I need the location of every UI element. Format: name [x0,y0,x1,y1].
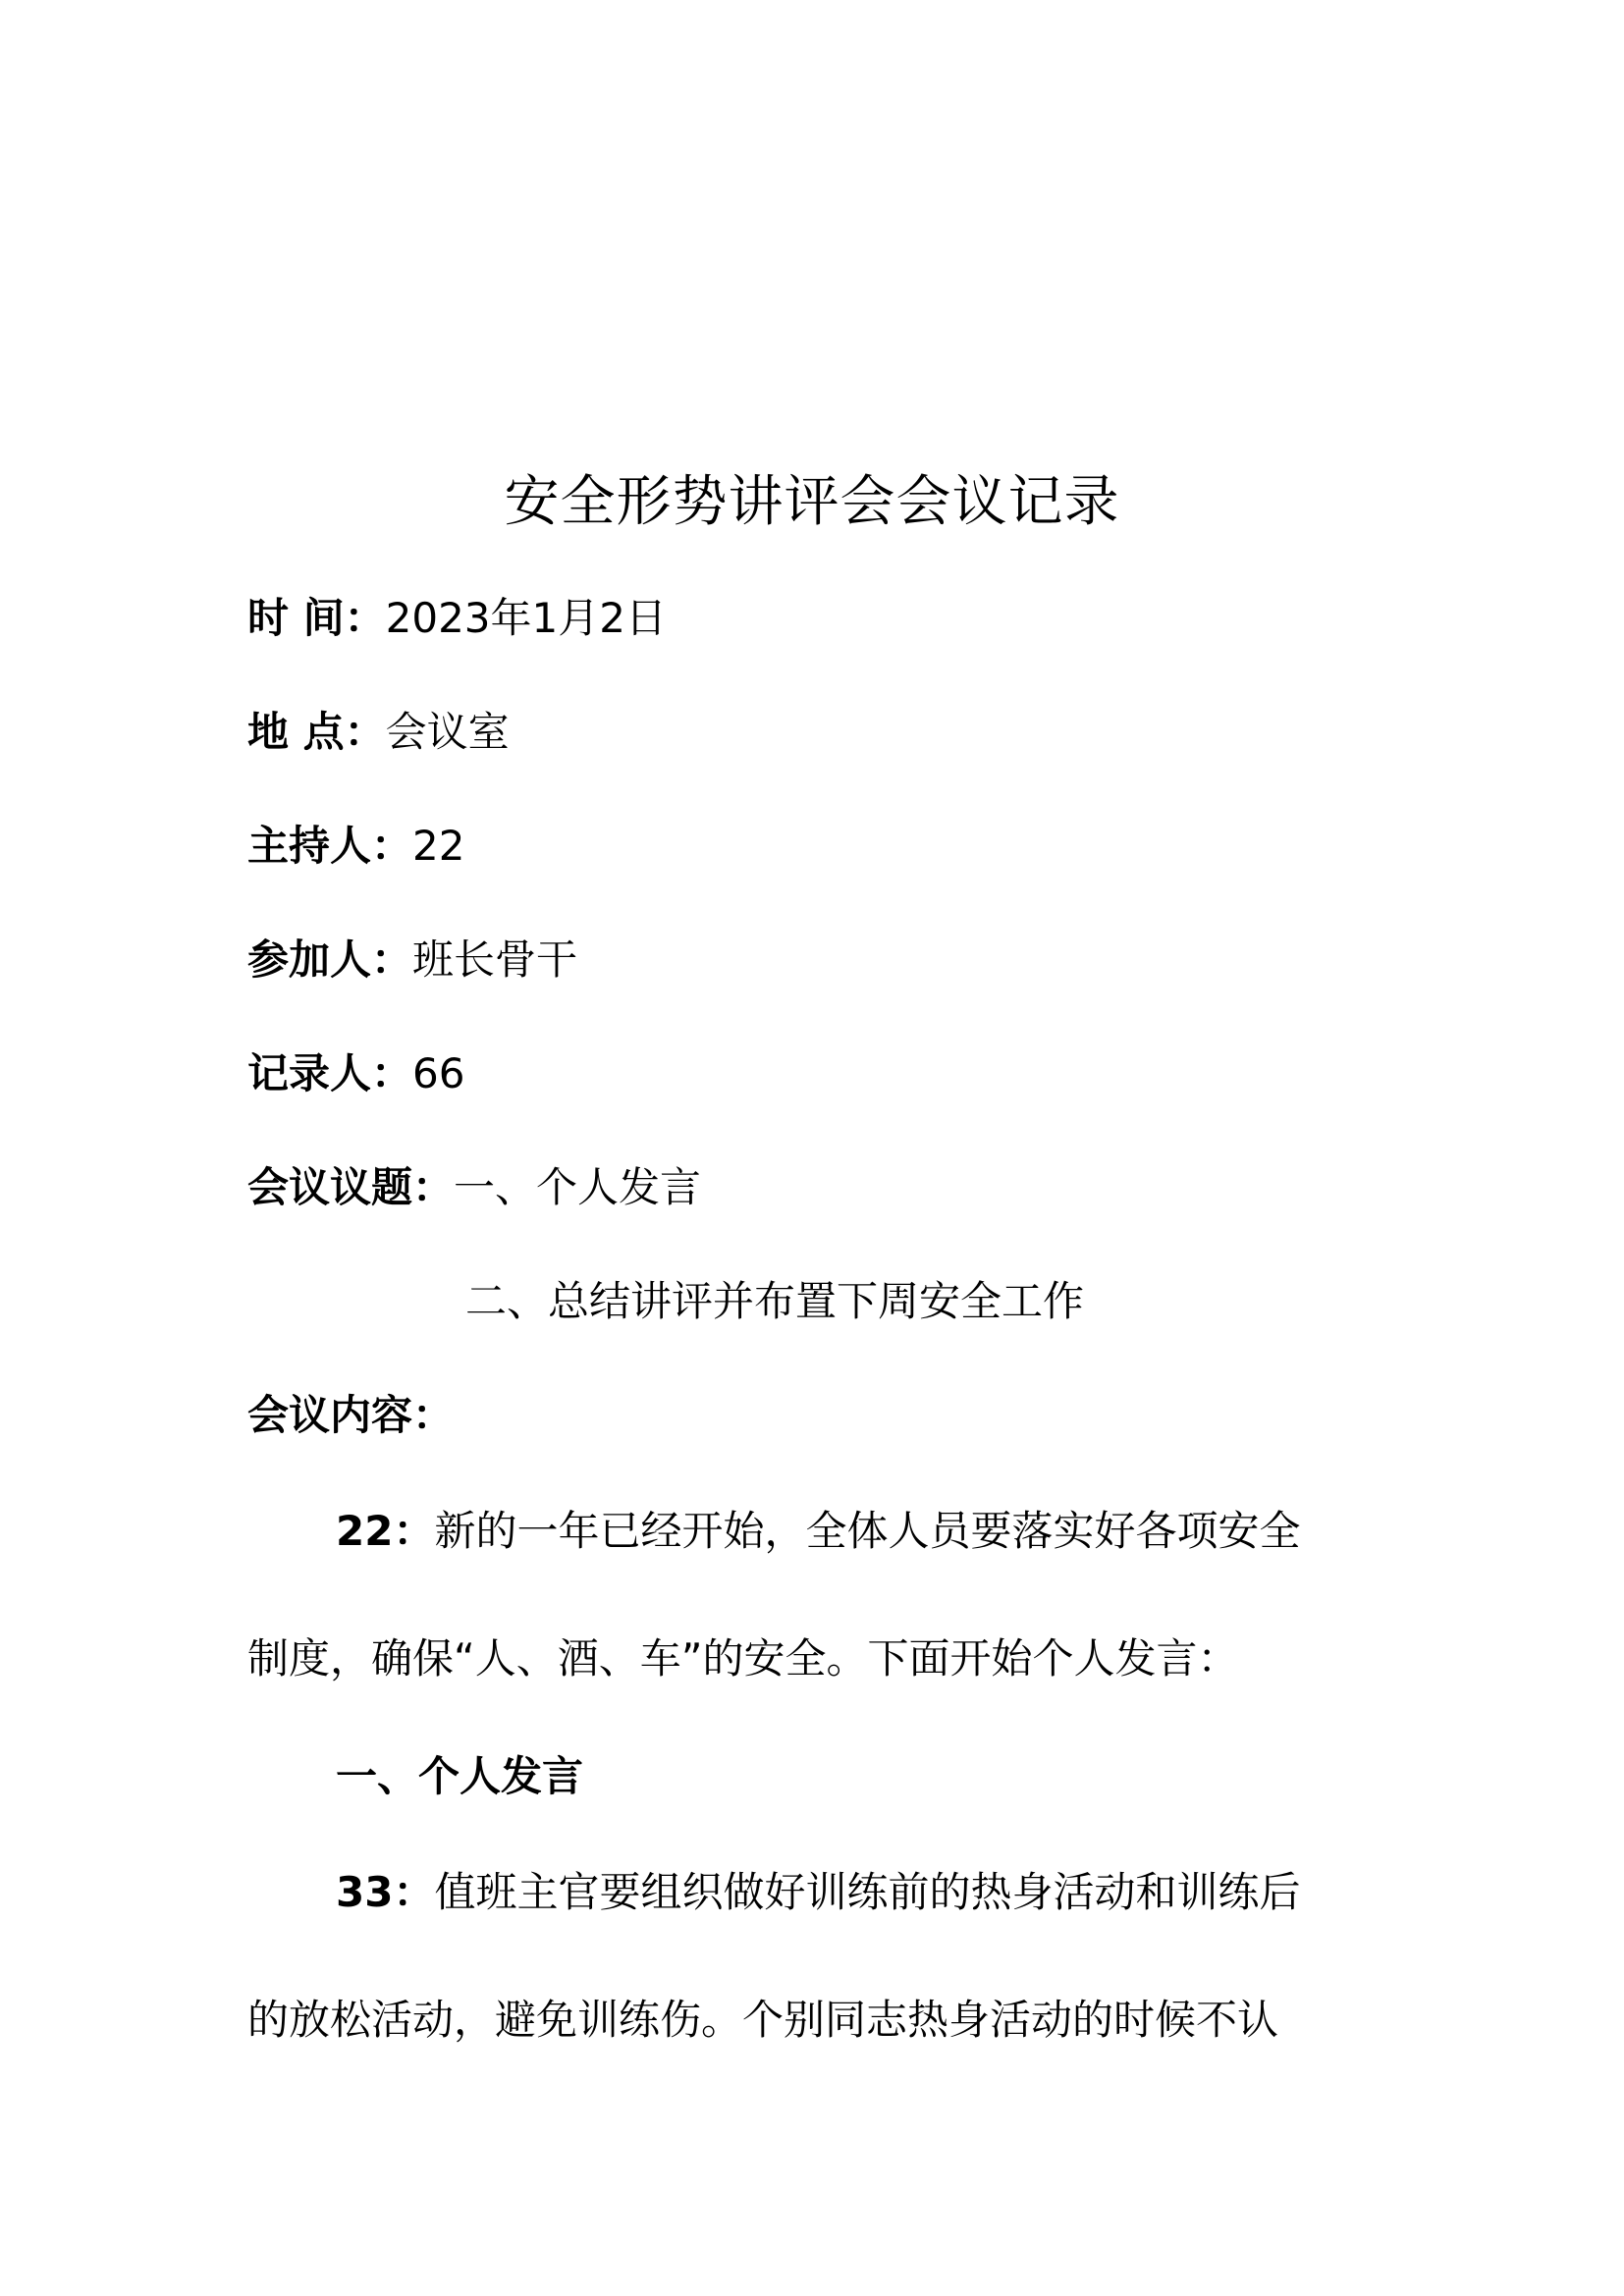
agenda-item-2: 二、总结讲评并布置下周安全工作 [465,1272,1084,1331]
paragraph-1-speaker: 22： [336,1507,434,1555]
meta-recorder-label: 记录人： [247,1049,412,1097]
paragraph-1-line-2: 制度，确保“人、酒、车”的安全。下面开始个人发言： [247,1629,1239,1688]
document-page: 安全形势讲评会会议记录 时 间：2023年1月2日 地 点：会议室 主持人：22… [0,0,1624,2296]
paragraph-2-line-1: 33：值班主官要组织做好训练前的热身活动和训练后 [336,1863,1300,1922]
meta-attendees-label: 参加人： [247,935,412,984]
meta-location-value: 会议室 [386,708,510,756]
meta-attendees: 参加人：班长骨干 [247,931,577,989]
paragraph-2-line-2: 的放松活动，避免训练伤。个别同志热身活动的时候不认 [247,1991,1278,2050]
paragraph-1-text: 新的一年已经开始，全体人员要落实好各项安全 [434,1507,1300,1555]
meta-recorder-value: 66 [412,1049,464,1097]
meta-time: 时 间：2023年1月2日 [247,589,667,648]
meta-recorder: 记录人：66 [247,1044,464,1103]
section-heading: 一、个人发言 [336,1747,583,1806]
agenda-label: 会议议题： [247,1163,454,1211]
document-title: 安全形势讲评会会议记录 [0,463,1624,542]
agenda-item-1: 一、个人发言 [454,1163,701,1211]
meta-time-label: 时 间： [247,594,386,642]
paragraph-2-text: 值班主官要组织做好训练前的热身活动和训练后 [434,1868,1300,1916]
content-label: 会议内容： [247,1386,454,1445]
meta-location: 地 点：会议室 [247,703,510,762]
meta-host: 主持人：22 [247,817,464,876]
paragraph-1-line-1: 22：新的一年已经开始，全体人员要落实好各项安全 [336,1502,1300,1561]
agenda: 会议议题：一、个人发言 [247,1158,701,1217]
meta-host-value: 22 [412,822,464,870]
meta-location-label: 地 点： [247,708,386,756]
meta-attendees-value: 班长骨干 [412,935,577,984]
paragraph-2-speaker: 33： [336,1868,434,1916]
meta-host-label: 主持人： [247,822,412,870]
meta-time-value: 2023年1月2日 [386,594,667,642]
